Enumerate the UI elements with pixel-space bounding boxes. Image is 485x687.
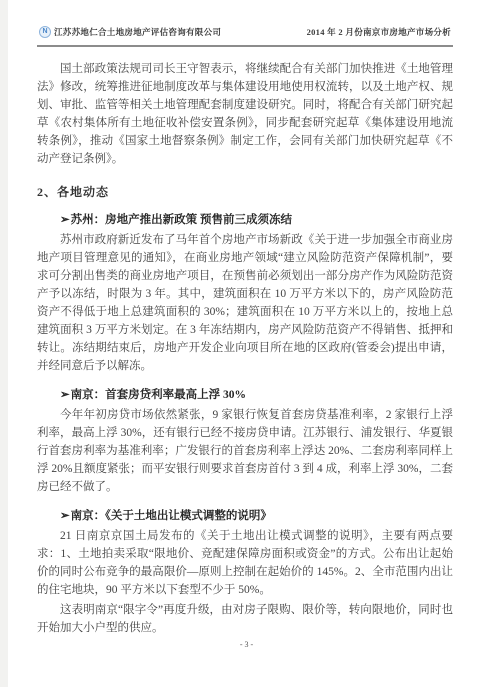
report-title: 2014 年 2 月份南京市房地产市场分析 [307,26,451,38]
item-paragraph: 21 日南京京国土局发布的《关于土地出让模式调整的说明》，主要有两点要求：1、土… [37,527,453,599]
section-heading: 2、各地动态 [37,183,453,200]
company-name: 江苏苏地仁合土地房地产评估咨询有限公司 [54,26,221,38]
item-heading-nanjing-loan: ➢南京：首套房贷利率最高上浮 30% [37,386,453,402]
arrow-bullet-icon: ➢ [60,214,70,226]
intro-paragraph: 国土部政策法规司司长王守智表示，将继续配合有关部门加快推进《土地管理法》修改，统… [37,60,453,168]
company-logo-icon: N [39,26,51,38]
arrow-bullet-icon: ➢ [60,389,70,401]
arrow-bullet-icon: ➢ [60,510,70,522]
item-paragraph: 苏州市政府新近发布了马年首个房地产市场新政《关于进一步加强全市商业房地产项目管理… [37,231,453,375]
header-left: N 江苏苏地仁合土地房地产评估咨询有限公司 [39,26,221,38]
item-heading-suzhou: ➢苏州：房地产推出新政策 预售前三成须冻结 [37,211,453,227]
item-paragraph: 这表明南京“限字令”再度升级，由对房子限购、限价等，转向限地价，同时也开始加大小… [37,601,453,637]
item-title: 南京：首套房贷利率最高上浮 30% [71,389,246,401]
page-number: - 3 - [8,640,485,649]
item-title: 苏州：房地产推出新政策 预售前三成须冻结 [71,214,292,226]
item-heading-nanjing-land: ➢南京：《关于土地出让模式调整的说明》 [37,507,453,523]
document-page: N 江苏苏地仁合土地房地产评估咨询有限公司 2014 年 2 月份南京市房地产市… [8,0,485,687]
page-header: N 江苏苏地仁合土地房地产评估咨询有限公司 2014 年 2 月份南京市房地产市… [37,26,453,47]
item-paragraph: 今年年初房贷市场依然紧张，9 家银行恢复首套房贷基准利率，2 家银行上浮利率，最… [37,406,453,496]
item-title: 南京：《关于土地出让模式调整的说明》 [71,510,272,522]
